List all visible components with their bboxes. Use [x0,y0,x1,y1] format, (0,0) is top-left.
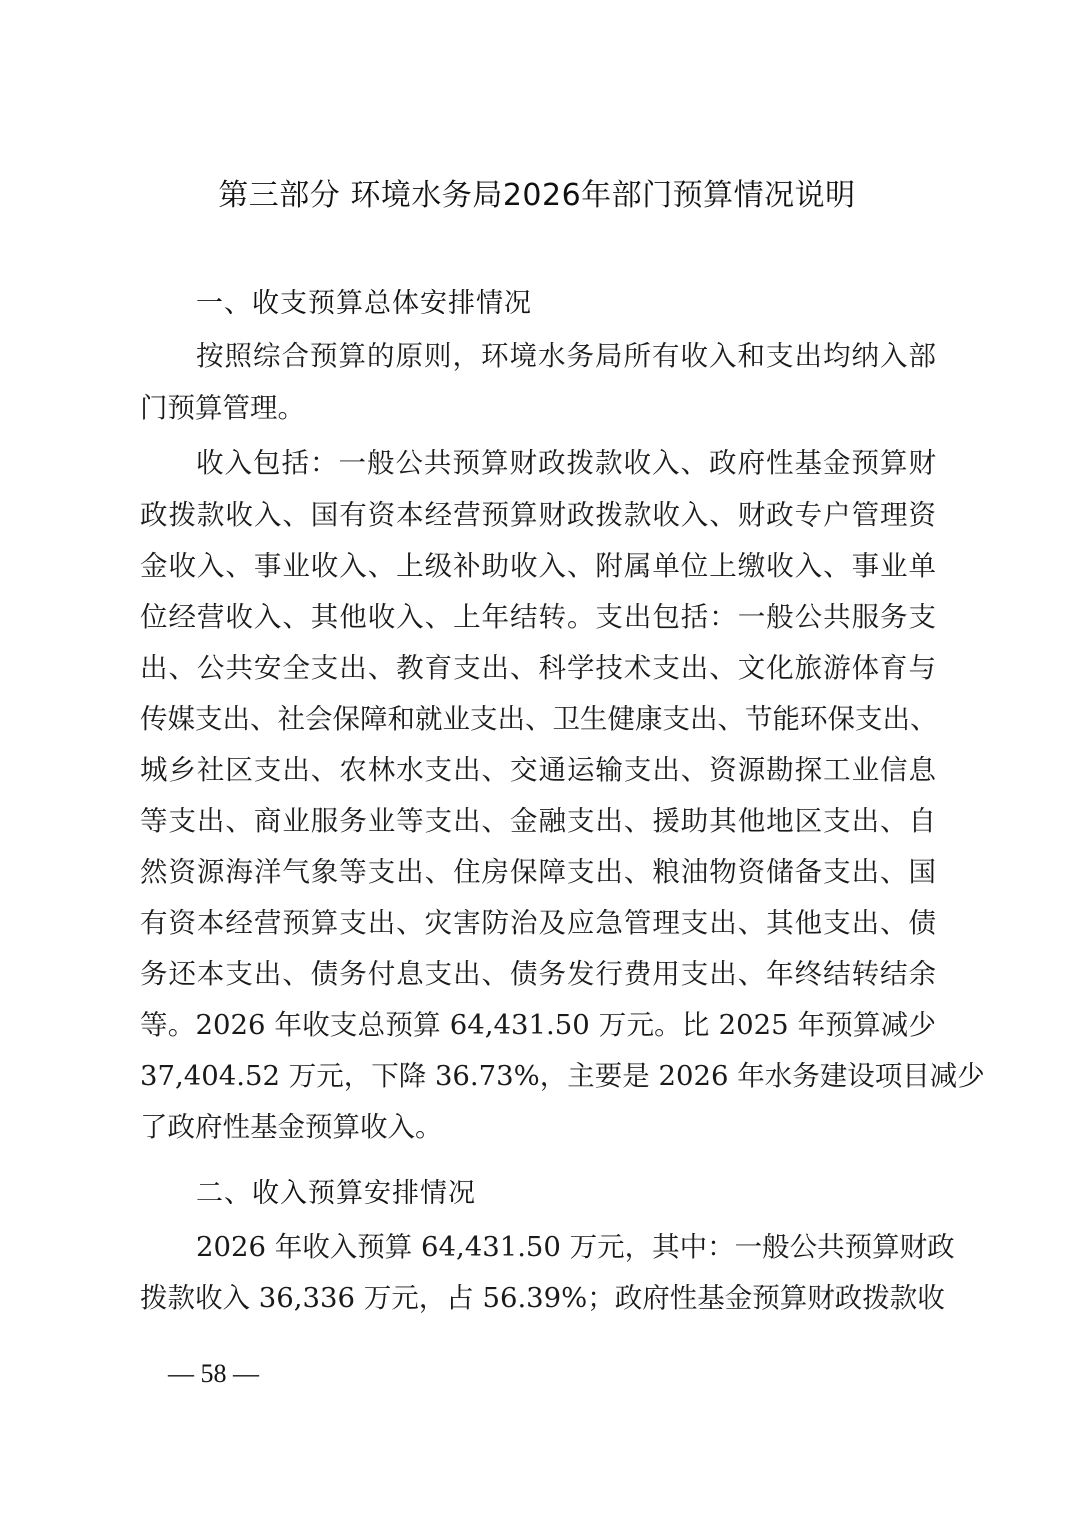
paragraph-line: 金收入、事业收入、上级补助收入、附属单位上缴收入、事业单 [140,546,936,586]
paragraph-line: 门预算管理。 [140,388,936,428]
section-heading-overall-budget: 一、收支预算总体安排情况 [196,284,532,324]
paragraph-line: 出、公共安全支出、教育支出、科学技术支出、文化旅游体育与 [140,648,936,688]
section-heading-income-budget: 二、收入预算安排情况 [196,1174,476,1214]
document-title: 第三部分 环境水务局2026年部门预算情况说明 [0,172,1074,220]
paragraph-line: 城乡社区支出、农林水支出、交通运输支出、资源勘探工业信息 [140,750,936,790]
paragraph-line: 务还本支出、债务付息支出、债务发行费用支出、年终结转结余 [140,954,936,994]
page-number: — 58 — [168,1356,259,1392]
paragraph-line: 传媒支出、社会保障和就业支出、卫生健康支出、节能环保支出、 [140,699,936,739]
paragraph-line: 政拨款收入、国有资本经营预算财政拨款收入、财政专户管理资 [140,495,936,535]
paragraph-line: 37,404.52 万元，下降 36.73%，主要是 2026 年水务建设项目减… [140,1056,936,1096]
paragraph-line: 了政府性基金预算收入。 [140,1107,936,1147]
paragraph-line: 按照综合预算的原则，环境水务局所有收入和支出均纳入部 [196,336,936,376]
paragraph-line: 2026 年收入预算 64,431.50 万元，其中：一般公共预算财政 [196,1227,936,1267]
document-page: 第三部分 环境水务局2026年部门预算情况说明 一、收支预算总体安排情况 按照综… [0,0,1074,1520]
paragraph-line: 然资源海洋气象等支出、住房保障支出、粮油物资储备支出、国 [140,852,936,892]
paragraph-line: 拨款收入 36,336 万元，占 56.39%；政府性基金预算财政拨款收 [140,1278,936,1318]
paragraph-line: 等。2026 年收支总预算 64,431.50 万元。比 2025 年预算减少 [140,1005,936,1045]
paragraph-line: 等支出、商业服务业等支出、金融支出、援助其他地区支出、自 [140,801,936,841]
paragraph-line: 有资本经营预算支出、灾害防治及应急管理支出、其他支出、债 [140,903,936,943]
paragraph-line: 位经营收入、其他收入、上年结转。支出包括：一般公共服务支 [140,597,936,637]
paragraph-line: 收入包括：一般公共预算财政拨款收入、政府性基金预算财 [196,443,936,483]
